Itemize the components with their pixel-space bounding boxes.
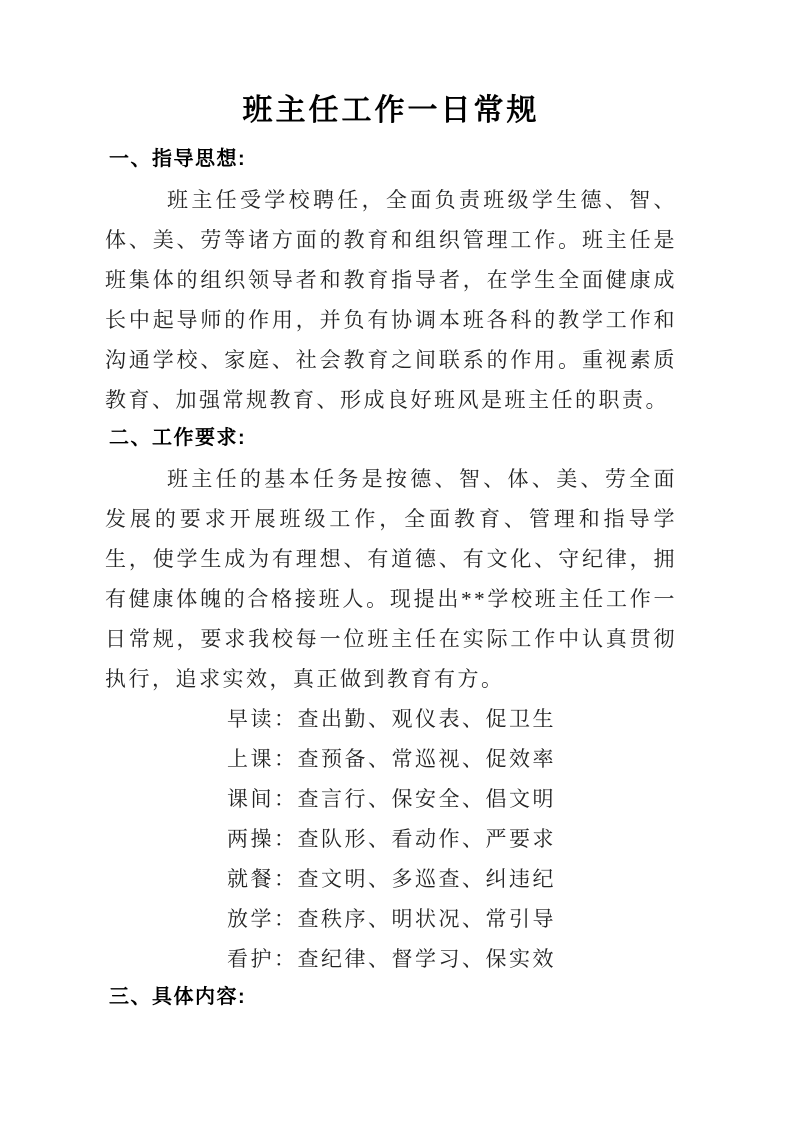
routine-item-meals: 就餐：查文明、多巡查、纠违纪 <box>227 859 677 899</box>
document-page: 班主任工作一日常规 一、指导思想: 班主任受学校聘任，全面负责班级学生德、智、体… <box>0 0 793 1122</box>
routine-item-class: 上课：查预备、常巡视、促效率 <box>227 739 677 779</box>
section-3-heading: 三、具体内容: <box>109 984 677 1011</box>
routine-item-break: 课间：查言行、保安全、倡文明 <box>227 779 677 819</box>
document-title: 班主任工作一日常规 <box>105 88 677 134</box>
section-1-paragraph: 班主任受学校聘任，全面负责班级学生德、智、体、美、劳等诸方面的教育和组织管理工作… <box>105 180 677 420</box>
section-2-heading: 二、工作要求: <box>109 425 677 452</box>
routine-item-morning-reading: 早读：查出勤、观仪表、促卫生 <box>227 699 677 739</box>
section-guiding-ideology: 一、指导思想: 班主任受学校聘任，全面负责班级学生德、智、体、美、劳等诸方面的教… <box>105 146 677 420</box>
daily-routine-list: 早读：查出勤、观仪表、促卫生 上课：查预备、常巡视、促效率 课间：查言行、保安全… <box>105 699 677 979</box>
section-2-paragraph: 班主任的基本任务是按德、智、体、美、劳全面发展的要求开展班级工作，全面教育、管理… <box>105 459 677 699</box>
routine-item-exercises: 两操：查队形、看动作、严要求 <box>227 819 677 859</box>
section-1-heading: 一、指导思想: <box>109 146 677 173</box>
routine-item-supervision: 看护：查纪律、督学习、保实效 <box>227 939 677 979</box>
routine-item-dismissal: 放学：查秩序、明状况、常引导 <box>227 899 677 939</box>
section-work-requirements: 二、工作要求: 班主任的基本任务是按德、智、体、美、劳全面发展的要求开展班级工作… <box>105 425 677 979</box>
section-specific-content: 三、具体内容: <box>105 984 677 1011</box>
